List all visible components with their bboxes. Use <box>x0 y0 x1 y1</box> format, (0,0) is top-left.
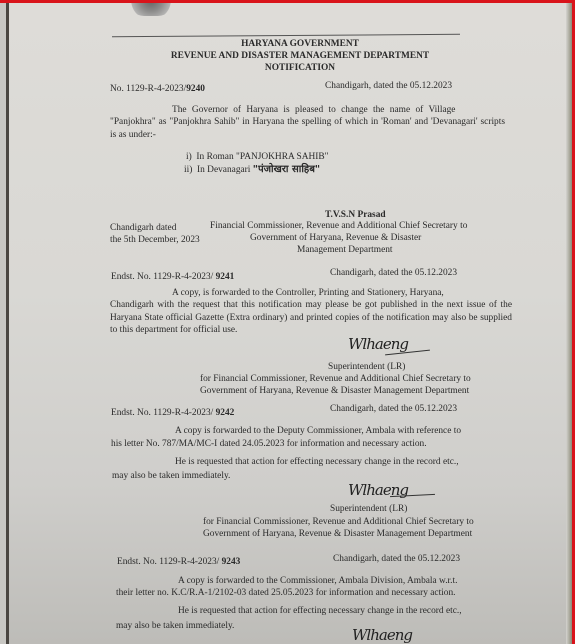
screenshot-border <box>0 0 575 644</box>
